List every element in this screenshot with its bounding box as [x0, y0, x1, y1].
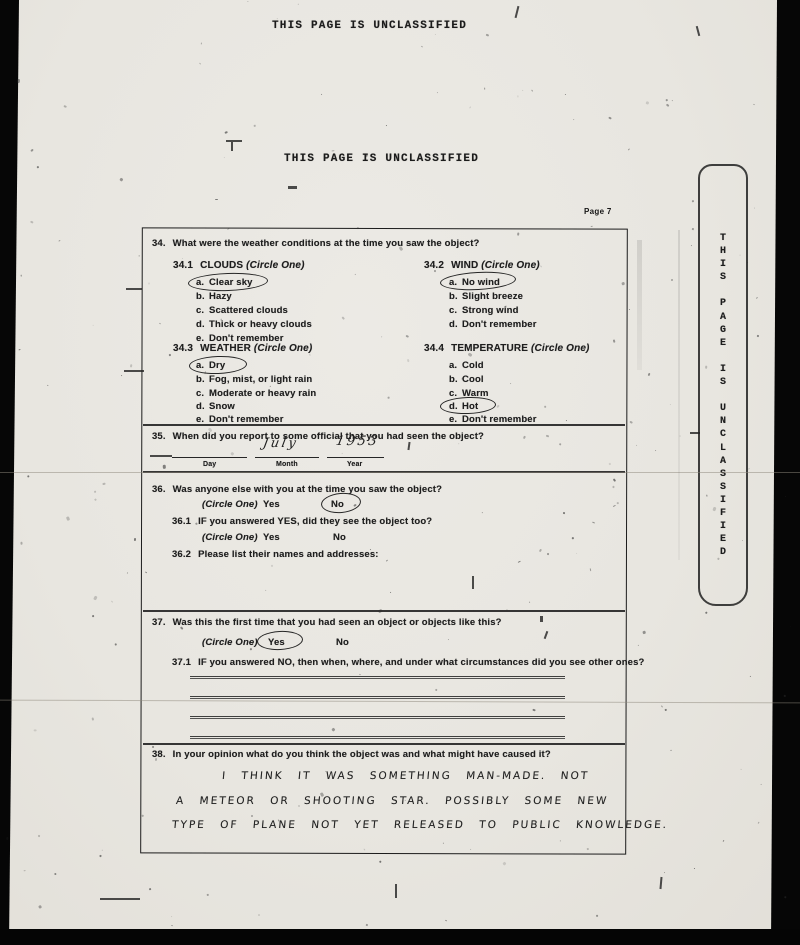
scanned-document-page: THIS PAGE IS UNCLASSIFIED THIS PAGE IS U…: [0, 0, 800, 945]
scan-noise-layer: [0, 0, 800, 945]
